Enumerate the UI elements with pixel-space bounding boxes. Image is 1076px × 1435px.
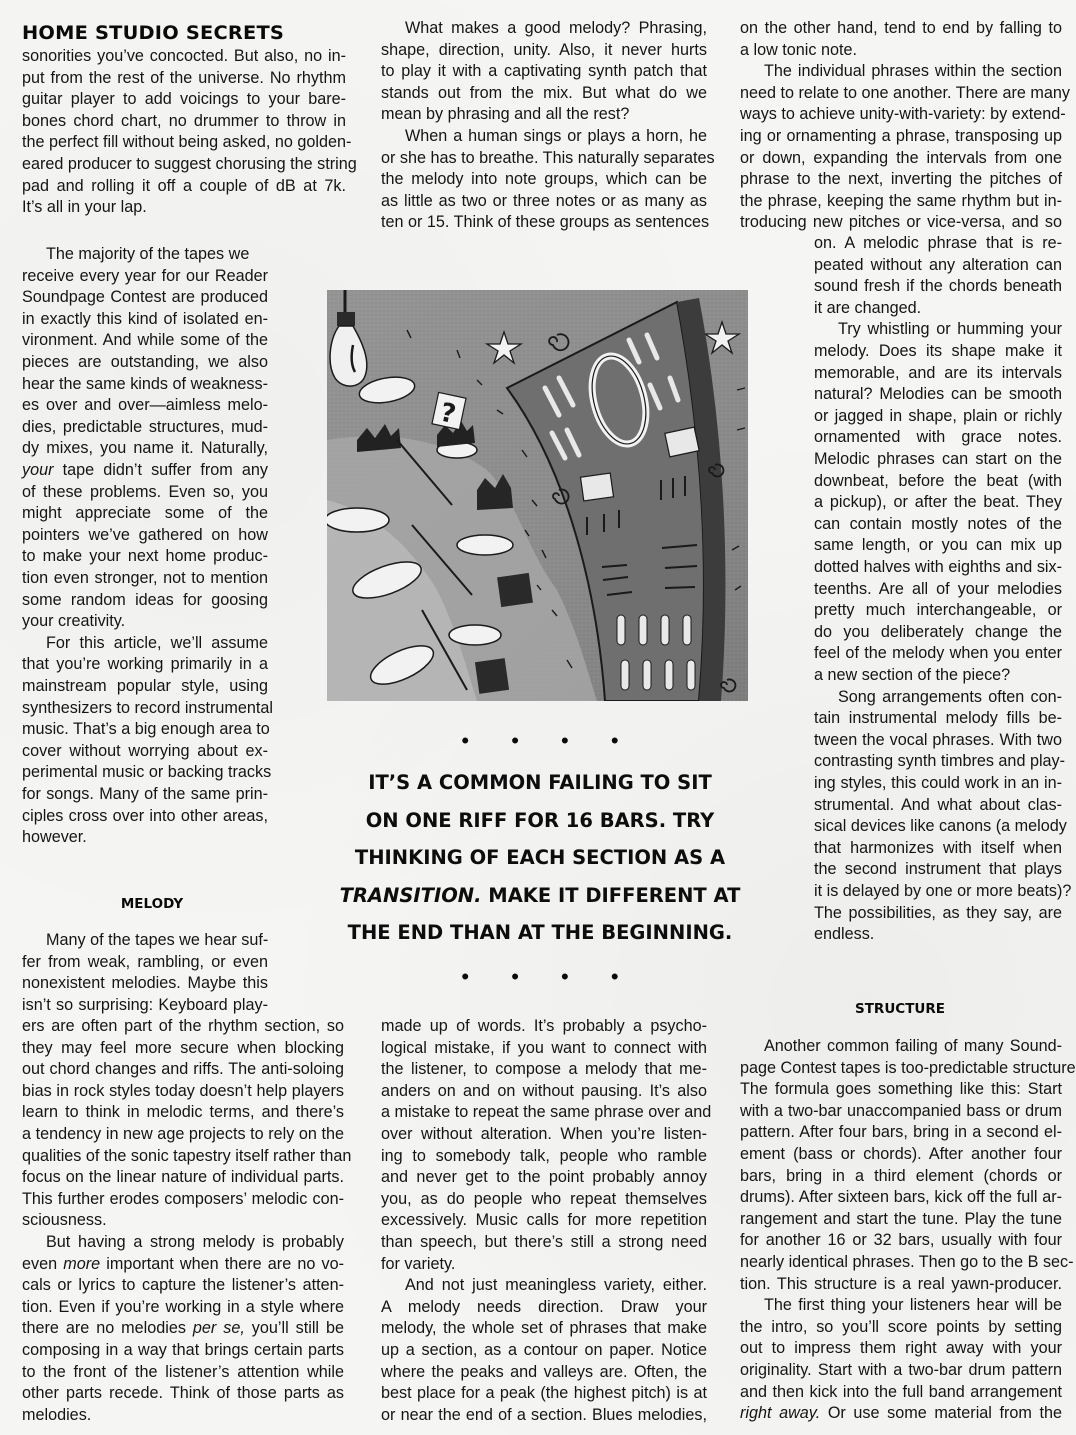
- text-line: The possibilities, as they say, are: [814, 903, 1062, 925]
- text-line: sciousness.: [22, 1210, 344, 1232]
- text-line: in exactly this kind of isolated en-: [22, 309, 268, 331]
- text-line: out chord changes and riffs. The anti-so…: [22, 1059, 344, 1081]
- text-line: focus on the linear nature of individual…: [22, 1167, 344, 1189]
- text-line: stands out from the mix. But what do we: [381, 83, 707, 105]
- text-line: it are changed.: [814, 298, 1062, 320]
- text-line: even more important when there are no vo…: [22, 1254, 344, 1276]
- text-line: on. A melodic phrase that is re-: [814, 233, 1062, 255]
- text-line: And not just meaningless variety, either…: [381, 1275, 707, 1297]
- text-line: ing or ornamenting a phrase, transposing…: [740, 126, 1062, 148]
- text-line: ing to somebody talk, people who ramble: [381, 1146, 707, 1168]
- text-line: sical devices like canons (a melody: [814, 816, 1062, 838]
- text-line: bars, bring in a third element (chords o…: [740, 1166, 1062, 1188]
- text-line: But having a strong melody is probably: [22, 1232, 344, 1254]
- text-line: nonexistent melodies. Maybe this: [22, 973, 268, 995]
- text-line: For this article, we’ll assume: [22, 633, 268, 655]
- text-line: there are no melodies per se, you’ll sti…: [22, 1318, 344, 1340]
- text-line: excessively. Music calls for more repeti…: [381, 1210, 707, 1232]
- text-line: page Contest tapes is too-predictable st…: [740, 1058, 1062, 1080]
- text-line: mainstream popular style, using: [22, 676, 268, 698]
- text-line: up a section, as a contour on paper. Not…: [381, 1340, 707, 1362]
- text-line: ornamented with grace notes.: [814, 427, 1062, 449]
- text-line: It’s all in your lap.: [22, 197, 346, 219]
- text-line: ciples cross over into other areas,: [22, 806, 268, 828]
- text-line: memorable, and are its intervals: [814, 363, 1062, 385]
- text-line: ement (bass or chords). After another fo…: [740, 1144, 1062, 1166]
- text-line: the phrase, keeping the same rhythm but …: [740, 191, 1062, 213]
- text-line: on the other hand, tend to end by fallin…: [740, 18, 1062, 40]
- text-line: strumental. And what about clas-: [814, 795, 1062, 817]
- text-line: pad and rolling it off a couple of dB at…: [22, 176, 346, 198]
- text-line: natural? Melodies can be smooth: [814, 384, 1062, 406]
- text-line: your creativity.: [22, 611, 268, 633]
- text-line: a low tonic note.: [740, 40, 1062, 62]
- text-line: the perfect fill without being asked, no…: [22, 132, 346, 154]
- text-line: phrase to the next, inverting the pitche…: [740, 169, 1062, 191]
- text-line: rangement and start the tune. Play the t…: [740, 1209, 1062, 1231]
- text-line: with a two-bar unaccompanied bass or dru…: [740, 1101, 1062, 1123]
- pullquote-line-2: ON ONE RIFF FOR 16 BARS. TRY: [330, 802, 750, 840]
- text-line: drums). After sixteen bars, kick off the…: [740, 1187, 1062, 1209]
- text-line: the melody into note groups, which can b…: [381, 169, 707, 191]
- text-line: for another 16 or 32 bars, usually with …: [740, 1230, 1062, 1252]
- text-line: Song arrangements often con-: [814, 687, 1062, 709]
- text-line: the listener, to compose a melody that m…: [381, 1059, 707, 1081]
- music-fantasy-illustration: ?: [327, 290, 748, 701]
- text-line: teenths. Are all of your melodies: [814, 579, 1062, 601]
- text-line: your tape didn’t suffer from any: [22, 460, 268, 482]
- text-line: where the peaks and valleys are. Often, …: [381, 1362, 707, 1384]
- text-line: fer from weak, rambling, or even: [22, 952, 268, 974]
- text-line: they may feel more secure when blocking: [22, 1038, 344, 1060]
- text-line: A melody needs direction. Draw your: [381, 1297, 707, 1319]
- text-line: can contain mostly notes of the: [814, 514, 1062, 536]
- text-line: or down, expanding the intervals from on…: [740, 148, 1062, 170]
- pullquote-line-3: THINKING OF EACH SECTION AS A: [330, 839, 750, 877]
- pullquote-line-5: THE END THAN AT THE BEGINNING.: [330, 914, 750, 952]
- text-line: perimental music or backing tracks: [22, 762, 268, 784]
- text-line: the second instrument that plays: [814, 859, 1062, 881]
- text-line: Melodic phrases can start on the: [814, 449, 1062, 471]
- text-line: that you’re working primarily in a: [22, 654, 268, 676]
- text-line: and then kick into the full band arrange…: [740, 1382, 1062, 1404]
- text-line: mean by phrasing and all the rest?: [381, 104, 707, 126]
- text-line: shape, direction, unity. Also, it never …: [381, 40, 707, 62]
- text-line: Many of the tapes we hear suf-: [22, 930, 268, 952]
- text-line: The first thing your listeners hear will…: [740, 1295, 1062, 1317]
- text-line: receive every year for our Reader: [22, 266, 268, 288]
- pull-quote: • • • • IT’S A COMMON FAILING TO SIT ON …: [330, 730, 750, 988]
- text-line: ers are often part of the rhythm section…: [22, 1016, 344, 1038]
- text-line: to play it with a captivating synth patc…: [381, 61, 707, 83]
- text-line: bones chord chart, no drummer to throw i…: [22, 111, 346, 133]
- text-line: pattern. After four bars, bring in a sec…: [740, 1122, 1062, 1144]
- pullquote-bottom-dots: • • • •: [330, 966, 750, 988]
- pullquote-italic-word: TRANSITION.: [340, 884, 482, 907]
- text-line: cover without worrying about ex-: [22, 741, 268, 763]
- text-line: The formula goes something like this: St…: [740, 1079, 1062, 1101]
- text-line: What makes a good melody? Phrasing,: [381, 18, 707, 40]
- text-line: melodies.: [22, 1405, 344, 1427]
- text-line: ways to achieve unity-with-variety: by e…: [740, 104, 1062, 126]
- text-line: made up of words. It’s probably a psycho…: [381, 1016, 707, 1038]
- text-line: or near the end of a section. Blues melo…: [381, 1405, 707, 1427]
- text-line: other parts recede. Think of those parts…: [22, 1383, 344, 1405]
- text-line: over without alteration. When you’re lis…: [381, 1124, 707, 1146]
- text-line: dy mixes, you name it. Naturally,: [22, 438, 268, 460]
- text-line: logical mistake, if you want to connect …: [381, 1038, 707, 1060]
- text-line: originality. Start with a two-bar drum p…: [740, 1360, 1062, 1382]
- text-line: Try whistling or humming your: [814, 319, 1062, 341]
- text-line: isn’t so surprising: Keyboard play-: [22, 995, 268, 1017]
- text-line: tween the vocal phrases. With two: [814, 730, 1062, 752]
- text-line: as little as two or three notes or as ma…: [381, 191, 707, 213]
- text-line: some random ideas for goosing: [22, 590, 268, 612]
- text-line: eared producer to suggest chorusing the …: [22, 154, 346, 176]
- text-line: tion even stronger, not to mention: [22, 568, 268, 590]
- text-line: do you deliberately change the: [814, 622, 1062, 644]
- text-line: qualities of the sonic tapestry itself r…: [22, 1146, 344, 1168]
- text-line: Soundpage Contest are produced: [22, 287, 268, 309]
- text-line: to make your next home produc-: [22, 546, 268, 568]
- text-line: This further erodes composers’ melodic c…: [22, 1189, 344, 1211]
- text-line: the intro, so you’ll score points by set…: [740, 1317, 1062, 1339]
- text-line: sound fresh if the chords beneath: [814, 276, 1062, 298]
- text-line: to the front of the listener’s attention…: [22, 1362, 344, 1384]
- text-line: feel of the melody when you enter: [814, 643, 1062, 665]
- text-line: anders on and on without pausing. It’s a…: [381, 1081, 707, 1103]
- text-line: The majority of the tapes we: [22, 244, 268, 266]
- section-heading-melody: MELODY: [22, 896, 282, 912]
- text-line: however.: [22, 827, 268, 849]
- text-line: might appreciate some of the: [22, 503, 268, 525]
- text-line: melody, the whole set of phrases that ma…: [381, 1318, 707, 1340]
- text-line: for songs. Many of the same prin-: [22, 784, 268, 806]
- text-line: es over and over—aimless melo-: [22, 395, 268, 417]
- text-line: you, as do people who repeat themselves: [381, 1189, 707, 1211]
- text-line: pretty much interchangeable, or: [814, 600, 1062, 622]
- text-line: bias in rock styles today doesn’t help p…: [22, 1081, 344, 1103]
- text-line: endless.: [814, 924, 1062, 946]
- text-line: dotted halves with eighths and six-: [814, 557, 1062, 579]
- text-line: nearly identical phrases. Then go to the…: [740, 1252, 1062, 1274]
- text-line: than speech, but there’s still a strong …: [381, 1232, 707, 1254]
- text-line: a mistake to repeat the same phrase over…: [381, 1102, 707, 1124]
- text-line: right away. Or use some material from th…: [740, 1403, 1062, 1425]
- text-line: tion. This structure is a real yawn-prod…: [740, 1274, 1062, 1296]
- text-line: dies, predictable structures, mud-: [22, 417, 268, 439]
- text-line: put from the rest of the universe. No rh…: [22, 68, 346, 90]
- text-line: a new section of the piece?: [814, 665, 1062, 687]
- text-line: Another common failing of many Sound-: [740, 1036, 1062, 1058]
- text-line: sonorities you’ve concocted. But also, n…: [22, 46, 346, 68]
- text-line: vironment. And while some of the: [22, 330, 268, 352]
- text-line: and never get to the point probably anno…: [381, 1167, 707, 1189]
- text-line: The individual phrases within the sectio…: [740, 61, 1062, 83]
- text-line: synthesizers to record instrumental: [22, 698, 268, 720]
- text-line: it is delayed by one or more beats)?: [814, 881, 1062, 903]
- pullquote-top-dots: • • • •: [330, 730, 750, 752]
- running-head: HOME STUDIO SECRETS: [22, 22, 284, 44]
- text-line: tion. Even if you’re working in a style …: [22, 1297, 344, 1319]
- text-line: or jagged in shape, plain or richly: [814, 406, 1062, 428]
- pullquote-line-4: TRANSITION. MAKE IT DIFFERENT AT: [330, 877, 750, 915]
- text-line: tain instrumental melody fills be-: [814, 708, 1062, 730]
- pullquote-line-4-rest: MAKE IT DIFFERENT AT: [488, 884, 740, 907]
- text-line: peated without any alteration can: [814, 255, 1062, 277]
- text-line: contrasting synth timbres and play-: [814, 751, 1062, 773]
- text-line: pointers we’ve gathered on how: [22, 525, 268, 547]
- text-line: for variety.: [381, 1254, 707, 1276]
- text-line: pieces are outstanding, we also: [22, 352, 268, 374]
- text-line: cals or lyrics to capture the listener’s…: [22, 1275, 344, 1297]
- section-heading-structure: STRUCTURE: [810, 1001, 990, 1017]
- text-line: ten or 15. Think of these groups as sent…: [381, 212, 707, 234]
- text-line: guitar player to add voicings to your ba…: [22, 89, 346, 111]
- text-line: When a human sings or plays a horn, he: [381, 126, 707, 148]
- text-line: melody. Does its shape make it: [814, 341, 1062, 363]
- text-line: or she has to breathe. This naturally se…: [381, 148, 707, 170]
- text-line: best place for a peak (the highest pitch…: [381, 1383, 707, 1405]
- text-line: composing in a way that brings certain p…: [22, 1340, 344, 1362]
- text-line: downbeat, before the beat (with: [814, 471, 1062, 493]
- text-line: that harmonizes with itself when: [814, 838, 1062, 860]
- text-line: hear the same kinds of weakness-: [22, 374, 268, 396]
- text-line: same length, or you can mix up: [814, 535, 1062, 557]
- text-line: out to impress them right away with your: [740, 1338, 1062, 1360]
- text-line: a pickup), or after the beat. They: [814, 492, 1062, 514]
- pullquote-line-1: IT’S A COMMON FAILING TO SIT: [330, 764, 750, 802]
- text-line: learn to think in melodic terms, and the…: [22, 1102, 344, 1124]
- text-line: ing styles, this could work in an in-: [814, 773, 1062, 795]
- text-line: need to relate to one another. There are…: [740, 83, 1062, 105]
- text-line: of these problems. Even so, you: [22, 482, 268, 504]
- text-line: a tendency in new age projects to rely o…: [22, 1124, 344, 1146]
- text-line: music. That’s a big enough area to: [22, 719, 268, 741]
- article-illustration: ?: [327, 290, 748, 701]
- text-line: troducing new pitches or vice-versa, and…: [740, 212, 1062, 234]
